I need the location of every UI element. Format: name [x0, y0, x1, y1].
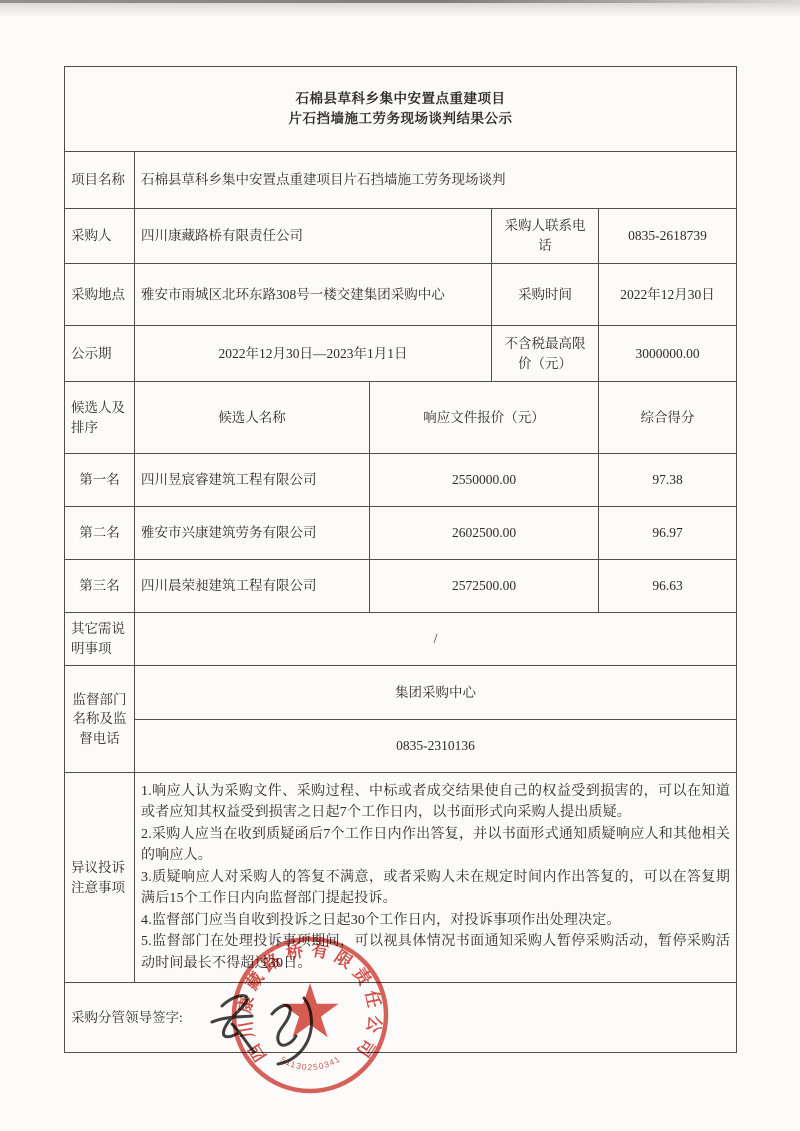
signature-handwriting [198, 980, 348, 1080]
score-header: 综合得分 [599, 382, 737, 454]
supervision-label: 监督部门 名称及监 督电话 [65, 666, 135, 773]
other-notes-label: 其它需说 明事项 [65, 613, 135, 666]
max-price-value: 3000000.00 [599, 326, 737, 382]
purchase-time-label: 采购时间 [492, 264, 599, 326]
supervision-phone: 0835-2310136 [135, 720, 737, 773]
candidate-price: 2572500.00 [370, 560, 599, 613]
publicity-period-label: 公示期 [65, 326, 135, 382]
candidates-header-row: 候选人及 排序 候选人名称 响应文件报价（元） 综合得分 [65, 382, 737, 454]
scanned-document-page: 石棉县草科乡集中安置点重建项目 片石挡墙施工劳务现场谈判结果公示 项目名称 石棉… [0, 0, 800, 1131]
candidate-price: 2550000.00 [370, 454, 599, 507]
purchaser-phone-label: 采购人联系电话 [492, 209, 599, 264]
objection-label: 异议投诉 注意事项 [65, 773, 135, 983]
supervision-phone-row: 0835-2310136 [65, 720, 737, 773]
location-row: 采购地点 雅安市雨城区北环东路308号一楼交建集团采购中心 采购时间 2022年… [65, 264, 737, 326]
objection-item-2: 2.采购人应当在收到质疑函后7个工作日内作出答复，并以书面形式通知质疑响应人和其… [141, 824, 730, 867]
purchase-time-value: 2022年12月30日 [599, 264, 737, 326]
location-label: 采购地点 [65, 264, 135, 326]
document-table: 石棉县草科乡集中安置点重建项目 片石挡墙施工劳务现场谈判结果公示 项目名称 石棉… [64, 66, 737, 1053]
other-notes-value: / [135, 613, 737, 666]
candidate-rank: 第二名 [65, 507, 135, 560]
candidate-score: 96.97 [599, 507, 737, 560]
objection-item-3: 3.质疑响应人对采购人的答复不满意，或者采购人未在规定时间内作出答复的，可以在答… [141, 867, 730, 910]
purchaser-label: 采购人 [65, 209, 135, 264]
candidate-row-3: 第三名 四川晨荣昶建筑工程有限公司 2572500.00 96.63 [65, 560, 737, 613]
purchaser-row: 采购人 四川康藏路桥有限责任公司 采购人联系电话 0835-2618739 [65, 209, 737, 264]
supervision-dept-row: 监督部门 名称及监 督电话 集团采购中心 [65, 666, 737, 720]
rank-header: 候选人及 排序 [65, 382, 135, 454]
max-price-label: 不含税最高限价（元） [492, 326, 599, 382]
document-title: 石棉县草科乡集中安置点重建项目 片石挡墙施工劳务现场谈判结果公示 [65, 67, 737, 152]
title-row: 石棉县草科乡集中安置点重建项目 片石挡墙施工劳务现场谈判结果公示 [65, 67, 737, 152]
candidate-row-2: 第二名 雅安市兴康建筑劳务有限公司 2602500.00 96.97 [65, 507, 737, 560]
publicity-period-row: 公示期 2022年12月30日—2023年1月1日 不含税最高限价（元） 300… [65, 326, 737, 382]
candidate-price: 2602500.00 [370, 507, 599, 560]
candidate-rank: 第三名 [65, 560, 135, 613]
candidate-row-1: 第一名 四川昱宸睿建筑工程有限公司 2550000.00 97.38 [65, 454, 737, 507]
scan-shadow [0, 3, 800, 17]
project-name-value: 石棉县草科乡集中安置点重建项目片石挡墙施工劳务现场谈判 [135, 152, 737, 209]
candidate-rank: 第一名 [65, 454, 135, 507]
purchaser-value: 四川康藏路桥有限责任公司 [135, 209, 492, 264]
candidate-name: 四川昱宸睿建筑工程有限公司 [135, 454, 370, 507]
objection-item-1: 1.响应人认为采购文件、采购过程、中标或者成交结果使自己的权益受到损害的，可以在… [141, 781, 730, 824]
candidate-score: 96.63 [599, 560, 737, 613]
location-value: 雅安市雨城区北环东路308号一楼交建集团采购中心 [135, 264, 492, 326]
other-notes-row: 其它需说 明事项 / [65, 613, 737, 666]
project-name-row: 项目名称 石棉县草科乡集中安置点重建项目片石挡墙施工劳务现场谈判 [65, 152, 737, 209]
supervision-department: 集团采购中心 [135, 666, 737, 720]
candidate-score: 97.38 [599, 454, 737, 507]
bid-price-header: 响应文件报价（元） [370, 382, 599, 454]
publicity-period-value: 2022年12月30日—2023年1月1日 [135, 326, 492, 382]
project-name-label: 项目名称 [65, 152, 135, 209]
candidate-name-header: 候选人名称 [135, 382, 370, 454]
signature-strokes [212, 996, 311, 1064]
candidate-name: 雅安市兴康建筑劳务有限公司 [135, 507, 370, 560]
candidate-name: 四川晨荣昶建筑工程有限公司 [135, 560, 370, 613]
purchaser-phone-value: 0835-2618739 [599, 209, 737, 264]
